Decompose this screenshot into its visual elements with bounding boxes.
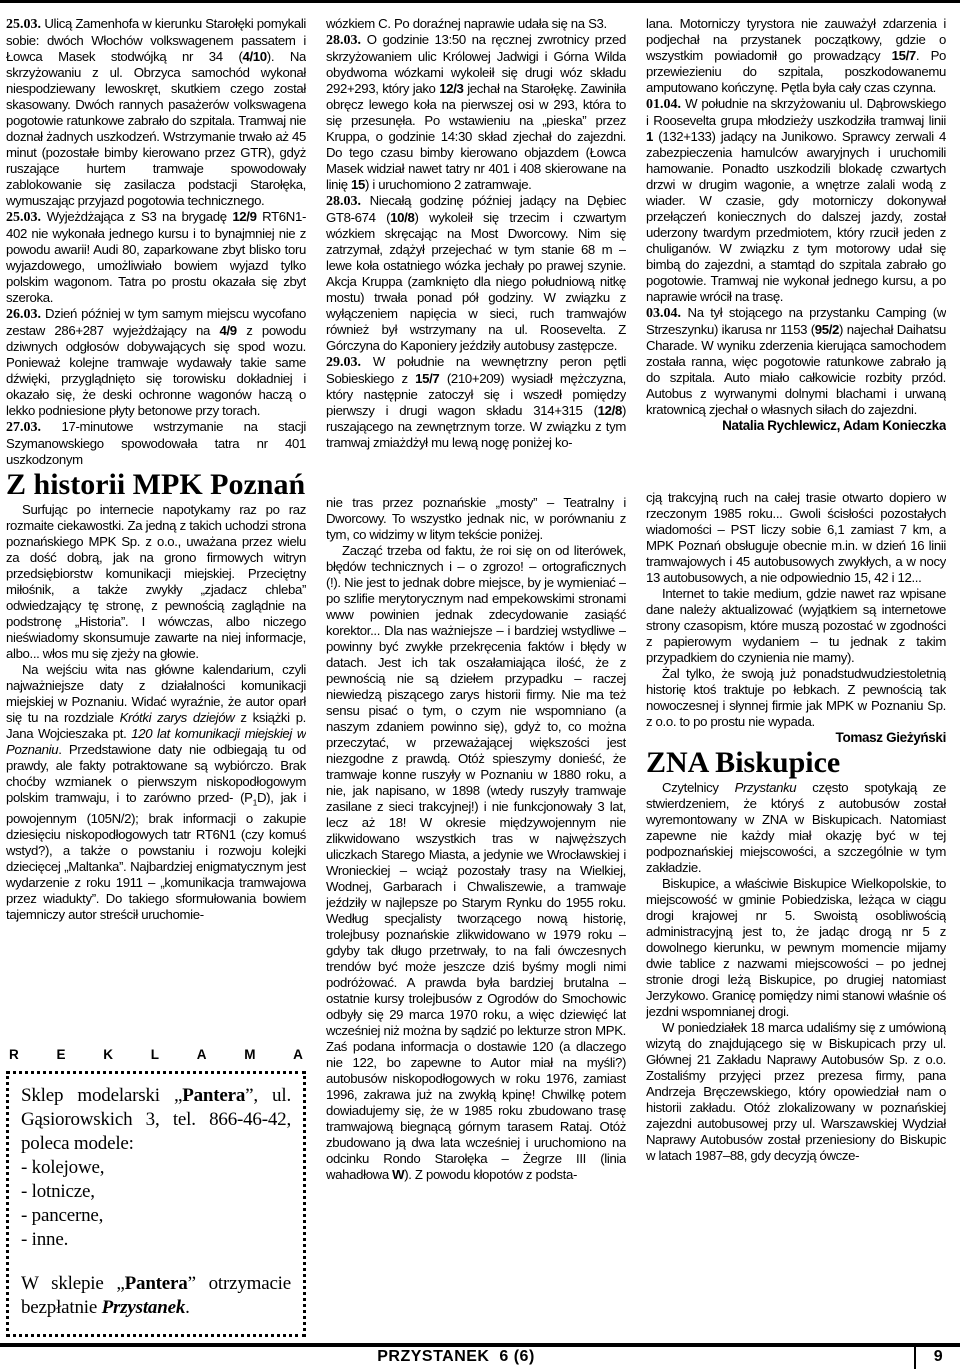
ad-label-letter: M (244, 1047, 255, 1063)
column-3: lana. Motorniczy tyrystora nie zauważył … (646, 3, 946, 1343)
paragraph: 26.03. Dzień później w tym samym miejscu… (6, 306, 306, 419)
ad-label-letter: R (9, 1047, 19, 1063)
ad-section-label: REKLAMA (6, 1047, 306, 1063)
paragraph: W sklepie „Pantera” otrzymacie bezpłatni… (21, 1272, 291, 1320)
history-article-col1: Surfując po internecie napotykamy raz po… (6, 502, 306, 923)
history-article-col2: nie tras przez poznańskie „mosty” – Teat… (326, 495, 626, 1183)
paragraph: 03.04. Na tył stojącego na przystanku Ca… (646, 305, 946, 418)
ad-label-letter: E (56, 1047, 65, 1063)
paragraph: Surfując po internecie napotykamy raz po… (6, 502, 306, 662)
paragraph: cją trakcyjną ruch na całej trasie otwar… (646, 490, 946, 586)
paragraph: Czytelnicy Przystanku często spotykają z… (646, 780, 946, 876)
paragraph: 27.03. 17-minutowe wstrzymanie na stacji… (6, 419, 306, 468)
zna-article-col3: Czytelnicy Przystanku często spotykają z… (646, 780, 946, 1164)
paragraph: Sklep modelarski „Pantera”, ul. Gąsiorow… (21, 1084, 291, 1156)
paragraph: Internet to takie medium, gdzie nawet ra… (646, 586, 946, 666)
page-footer: PRZYSTANEK 6 (6) 9 (0, 1343, 960, 1369)
ad-label-letter: K (103, 1047, 113, 1063)
paragraph: 28.03. Niecałą godzinę później jadący na… (326, 193, 626, 354)
ad-label-letter: A (197, 1047, 207, 1063)
ad-label-letter: L (151, 1047, 159, 1063)
news-article-col2: wózkiem C. Po doraźnej naprawie udała si… (326, 3, 626, 451)
advertisement: REKLAMA Sklep modelarski „Pantera”, ul. … (6, 1047, 306, 1337)
history-article-title: Z historii MPK Poznań (6, 468, 306, 502)
paragraph: 01.04. W południe na skrzyżowaniu ul. Dą… (646, 96, 946, 305)
news-article-col3: lana. Motorniczy tyrystora nie zauważył … (646, 3, 946, 418)
paragraph: Żal tylko, że swoją już ponadstudwudzies… (646, 666, 946, 730)
news-article-signature: Natalia Rychlewicz, Adam Konieczka (646, 418, 946, 434)
page-content: 25.03. Ulicą Zamenhofa w kierunku Staroł… (0, 3, 960, 1343)
paragraph: wózkiem C. Po doraźnej naprawie udała si… (326, 16, 626, 32)
paragraph: - lotnicze, (21, 1180, 291, 1204)
paragraph: 28.03. O godzinie 13:50 na ręcznej zwrot… (326, 32, 626, 193)
paragraph: lana. Motorniczy tyrystora nie zauważył … (646, 16, 946, 96)
paragraph: - inne. (21, 1228, 291, 1252)
paragraph: 25.03. Wyjeżdżająca z S3 na brygadę 12/9… (6, 209, 306, 306)
page-number: 9 (914, 1347, 960, 1369)
zna-article-title: ZNA Biskupice (646, 746, 946, 780)
column-1: 25.03. Ulicą Zamenhofa w kierunku Staroł… (6, 3, 306, 1343)
history-article-signature: Tomasz Gieżyński (646, 730, 946, 746)
paragraph: 25.03. Ulicą Zamenhofa w kierunku Staroł… (6, 16, 306, 209)
paragraph: W poniedziałek 18 marca udaliśmy się z u… (646, 1020, 946, 1164)
paragraph: 29.03. W południe na wewnętrzny peron pę… (326, 354, 626, 451)
paragraph: - pancerne, (21, 1204, 291, 1228)
ad-box: Sklep modelarski „Pantera”, ul. Gąsiorow… (6, 1071, 306, 1337)
ad-label-letter: A (293, 1047, 303, 1063)
magazine-page: 25.03. Ulicą Zamenhofa w kierunku Staroł… (0, 0, 960, 1369)
history-article-col3: cją trakcyjną ruch na całej trasie otwar… (646, 490, 946, 730)
paragraph: Biskupice, a właściwie Biskupice Wielkop… (646, 876, 946, 1020)
paragraph: - kolejowe, (21, 1156, 291, 1180)
paragraph: Zacząć trzeba od faktu, że roi się on od… (326, 543, 626, 1183)
column-2: wózkiem C. Po doraźnej naprawie udała si… (326, 3, 626, 1343)
paragraph: nie tras przez poznańskie „mosty” – Teat… (326, 495, 626, 543)
news-article-col1: 25.03. Ulicą Zamenhofa w kierunku Staroł… (6, 3, 306, 468)
journal-title: PRZYSTANEK 6 (6) (0, 1349, 912, 1365)
paragraph: Na wejściu wita nas główne kalendarium, … (6, 662, 306, 923)
